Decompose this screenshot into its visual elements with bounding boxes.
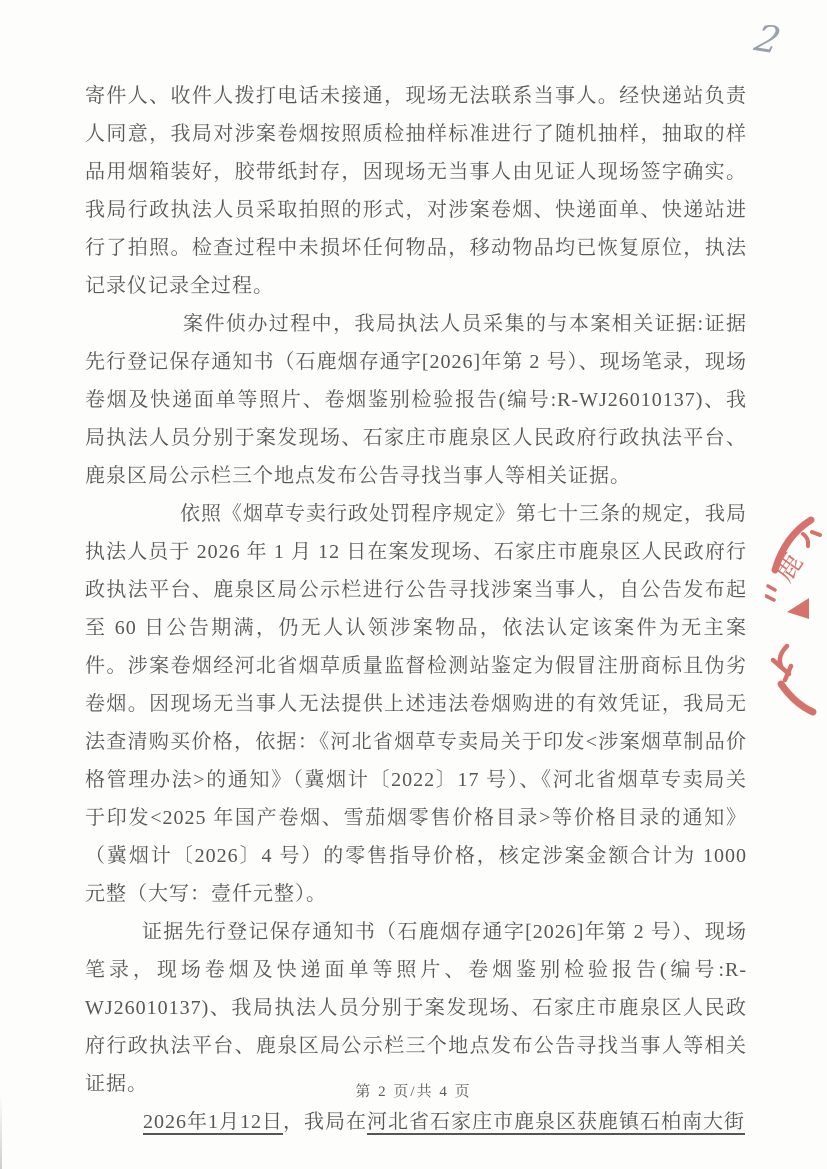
scan-edge-artifact — [0, 1094, 2, 1169]
paragraph: 2026年1月12日，我局在河北省石家庄市鹿泉区获鹿镇石柏南大街 — [85, 1103, 747, 1141]
seal-stroke-fragment — [773, 646, 791, 680]
page-number-footer: 第 2 页/共 4 页 — [0, 1080, 827, 1101]
text-segment: 依照《烟草专卖行政处罚程序规定》第七十三条的规定，我局执法人员于 2026 年 … — [85, 503, 747, 905]
paragraph: 寄件人、收件人拨打电话未接通，现场无法联系当事人。经快递站负责人同意，我局对涉案… — [85, 77, 747, 305]
handwritten-page-mark: 2 — [751, 17, 785, 62]
seal-stroke-fragment — [766, 586, 775, 600]
seal-star-fragment — [787, 598, 809, 619]
text-segment: 2026年1月12日 — [143, 1111, 283, 1133]
seal-arc-bottom — [781, 684, 813, 712]
text-segment: 寄件人、收件人拨打电话未接通，现场无法联系当事人。经快递站负责人同意，我局对涉案… — [85, 85, 747, 297]
paragraph: 依照《烟草专卖行政处罚程序规定》第七十三条的规定，我局执法人员于 2026 年 … — [85, 495, 747, 913]
text-segment: 案件侦办过程中，我局执法人员采集的与本案相关证据:证据先行登记保存通知书（石鹿烟… — [85, 313, 747, 487]
scanned-document-page: 2 寄件人、收件人拨打电话未接通，现场无法联系当事人。经快递站负责人同意，我局对… — [0, 0, 827, 1169]
document-body: 寄件人、收件人拨打电话未接通，现场无法联系当事人。经快递站负责人同意，我局对涉案… — [85, 77, 747, 1141]
paragraph: 证据先行登记保存通知书（石鹿烟存通字[2026]年第 2 号）、现场笔录，现场卷… — [85, 913, 747, 1103]
text-segment: 河北省石家庄市鹿泉区获鹿镇石柏南大街 — [367, 1111, 745, 1133]
paragraph: 案件侦办过程中，我局执法人员采集的与本案相关证据:证据先行登记保存通知书（石鹿烟… — [85, 305, 747, 495]
text-segment: ，我局在 — [283, 1111, 367, 1133]
text-segment: 证据先行登记保存通知书（石鹿烟存通字[2026]年第 2 号）、现场笔录，现场卷… — [85, 921, 747, 1095]
official-seal-stamp-fragment: 鹿 — [765, 512, 827, 717]
stamp-character: 鹿 — [769, 548, 809, 587]
seal-stroke-fragment — [803, 532, 820, 546]
